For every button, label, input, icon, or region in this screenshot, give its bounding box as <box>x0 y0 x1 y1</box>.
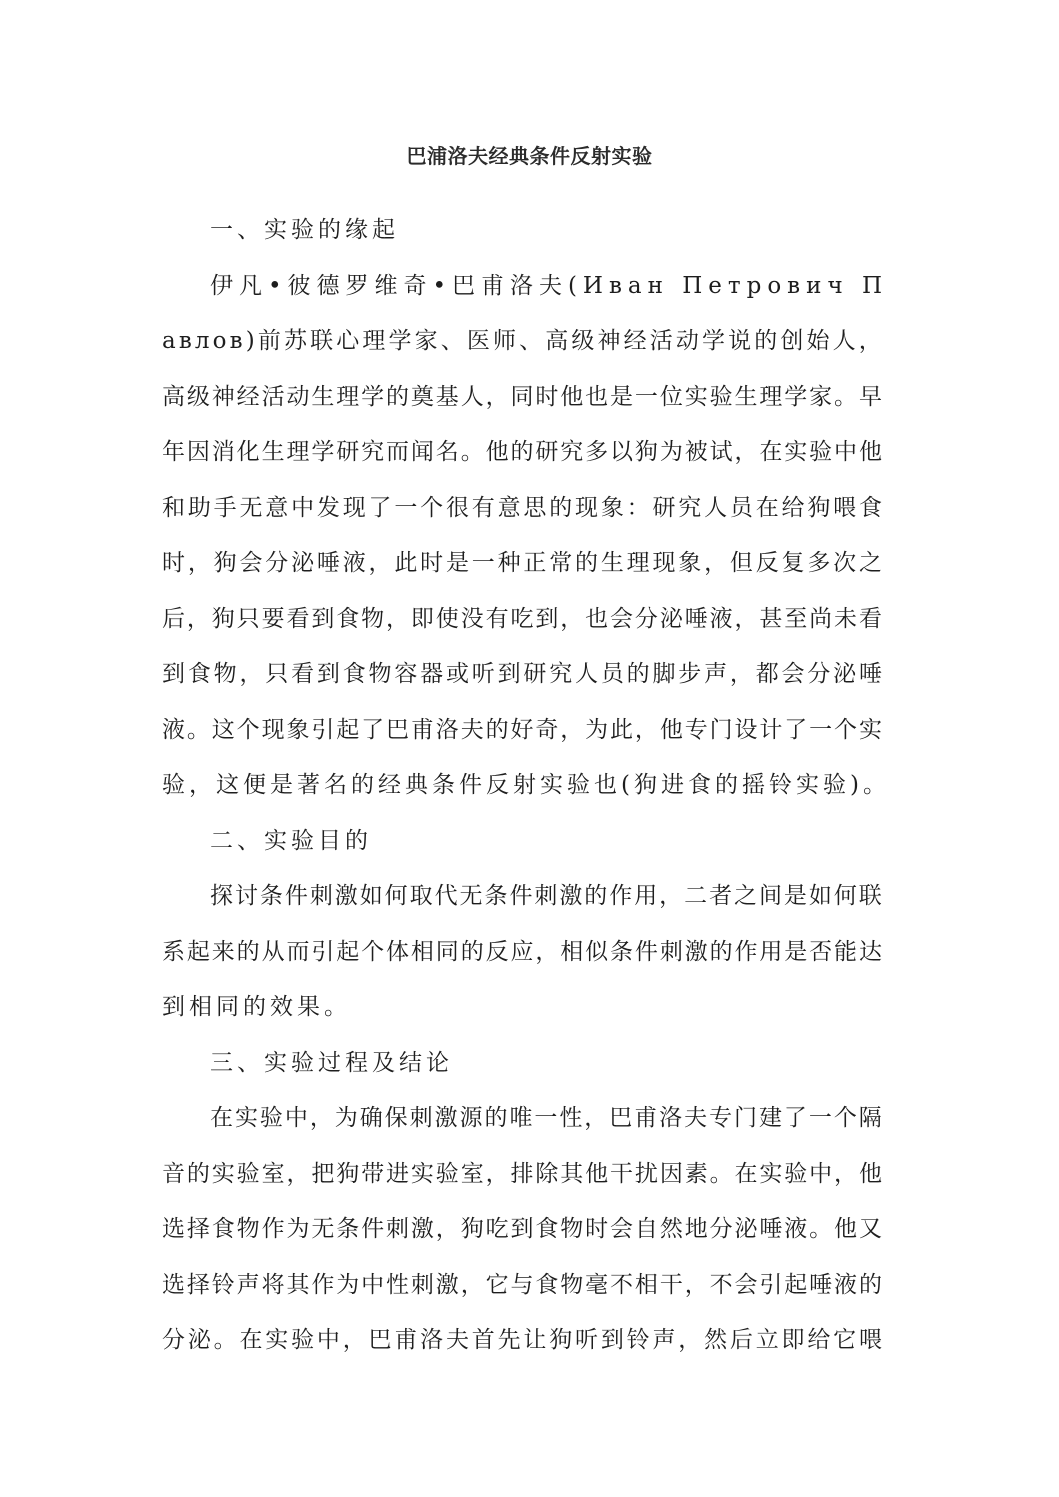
paragraph-line: 到食物，只看到食物容器或听到研究人员的脚步声，都会分泌唾 <box>162 656 882 712</box>
paragraph-line: 伊凡•彼德罗维奇•巴甫洛夫(Иван Петрович П <box>162 268 882 324</box>
paragraph-line: 验，这便是著名的经典条件反射实验也(狗进食的摇铃实验)。 <box>162 767 882 823</box>
paragraph-line: 在实验中，为确保刺激源的唯一性，巴甫洛夫专门建了一个隔 <box>162 1100 882 1156</box>
paragraph-line: 时，狗会分泌唾液，此时是一种正常的生理现象，但反复多次之 <box>162 545 882 601</box>
section-heading-process: 三、实验过程及结论 <box>162 1045 882 1101</box>
section-heading-origin: 一、实验的缘起 <box>162 212 882 268</box>
paragraph-line: 系起来的从而引起个体相同的反应，相似条件刺激的作用是否能达 <box>162 934 882 990</box>
paragraph-line: 后，狗只要看到食物，即使没有吃到，也会分泌唾液，甚至尚未看 <box>162 601 882 657</box>
paragraph-line: 液。这个现象引起了巴甫洛夫的好奇，为此，他专门设计了一个实 <box>162 712 882 768</box>
paragraph-line: 分泌。在实验中，巴甫洛夫首先让狗听到铃声，然后立即给它喂 <box>162 1322 882 1378</box>
paragraph-line: 到相同的效果。 <box>162 989 882 1045</box>
paragraph-line: 探讨条件刺激如何取代无条件刺激的作用，二者之间是如何联 <box>162 878 882 934</box>
paragraph-line: авлов)前苏联心理学家、医师、高级神经活动学说的创始人， <box>162 323 882 379</box>
paragraph-line: 和助手无意中发现了一个很有意思的现象：研究人员在给狗喂食 <box>162 490 882 546</box>
paragraph-line: 选择铃声将其作为中性刺激，它与食物毫不相干，不会引起唾液的 <box>162 1267 882 1323</box>
section-heading-purpose: 二、实验目的 <box>162 823 882 879</box>
paragraph-line: 年因消化生理学研究而闻名。他的研究多以狗为被试，在实验中他 <box>162 434 882 490</box>
paragraph-line: 选择食物作为无条件刺激，狗吃到食物时会自然地分泌唾液。他又 <box>162 1211 882 1267</box>
paragraph-line: 音的实验室，把狗带进实验室，排除其他干扰因素。在实验中，他 <box>162 1156 882 1212</box>
paragraph-line: 高级神经活动生理学的奠基人，同时他也是一位实验生理学家。早 <box>162 379 882 435</box>
document-body: 一、实验的缘起 伊凡•彼德罗维奇•巴甫洛夫(Иван Петрович П ав… <box>162 212 882 1378</box>
document-page: 巴浦洛夫经典条件反射实验 一、实验的缘起 伊凡•彼德罗维奇•巴甫洛夫(Иван … <box>0 0 1059 1497</box>
document-title: 巴浦洛夫经典条件反射实验 <box>0 140 1059 169</box>
